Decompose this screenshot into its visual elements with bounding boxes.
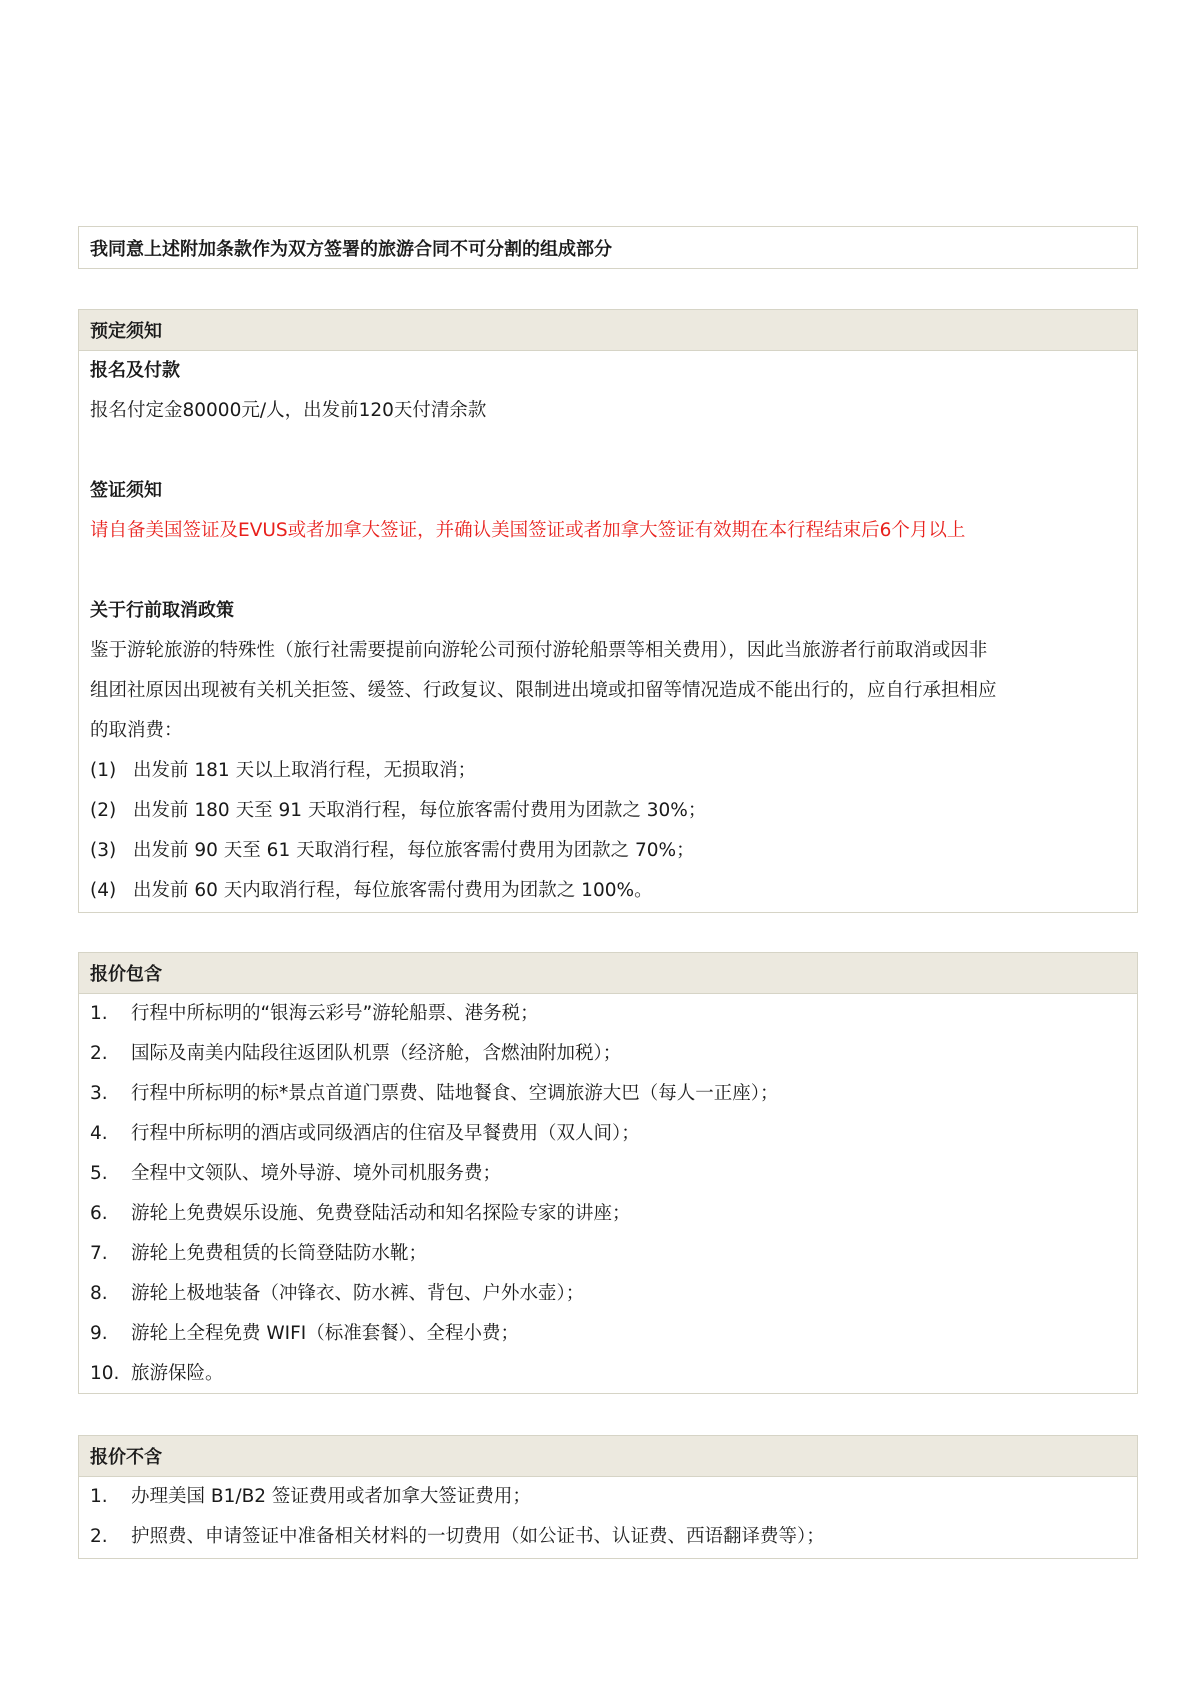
- item-number: 3.: [90, 1074, 131, 1114]
- item-text: 全程中文领队、境外导游、境外司机服务费；: [131, 1163, 501, 1184]
- registration-title: 报名及付款: [90, 351, 1126, 391]
- visa-warning-text: 请自备美国签证及EVUS或者加拿大签证，并确认美国签证或者加拿大签证有效期在本行…: [90, 511, 1126, 551]
- list-item: 6.游轮上免费娱乐设施、免费登陆活动和知名探险专家的讲座；: [90, 1194, 1126, 1234]
- list-item: 10.旅游保险。: [90, 1354, 1126, 1394]
- item-text: 行程中所标明的标*景点首道门票费、陆地餐食、空调旅游大巴（每人一正座）；: [131, 1083, 779, 1104]
- rule-number: (1): [90, 751, 133, 791]
- item-text: 游轮上极地装备（冲锋衣、防水裤、背包、户外水壶）；: [131, 1283, 584, 1304]
- spacer: [90, 431, 1126, 471]
- agreement-text: 我同意上述附加条款作为双方签署的旅游合同不可分割的组成部分: [90, 235, 612, 261]
- cancellation-paragraph-line: 鉴于游轮旅游的特殊性（旅行社需要提前向游轮公司预付游轮船票等相关费用），因此当旅…: [90, 631, 1126, 671]
- section-title: 报价不含: [90, 1443, 162, 1469]
- list-item: 1.行程中所标明的“银海云彩号”游轮船票、港务税；: [90, 994, 1126, 1034]
- list-item: 2.国际及南美内陆段往返团队机票（经济舱，含燃油附加税）；: [90, 1034, 1126, 1074]
- item-number: 1.: [90, 994, 131, 1034]
- rule-text: 出发前 60 天内取消行程，每位旅客需付费用为团款之 100%。: [133, 880, 653, 901]
- section-body: 1.行程中所标明的“银海云彩号”游轮船票、港务税； 2.国际及南美内陆段往返团队…: [79, 994, 1137, 1394]
- agreement-box: 我同意上述附加条款作为双方签署的旅游合同不可分割的组成部分: [78, 226, 1138, 269]
- list-item: 3.行程中所标明的标*景点首道门票费、陆地餐食、空调旅游大巴（每人一正座）；: [90, 1074, 1126, 1114]
- cancellation-rule: (1)出发前 181 天以上取消行程，无损取消；: [90, 751, 1126, 791]
- list-item: 2.护照费、申请签证中准备相关材料的一切费用（如公证书、认证费、西语翻译费等）；: [90, 1517, 1126, 1557]
- item-text: 旅游保险。: [131, 1363, 224, 1384]
- item-text: 行程中所标明的“银海云彩号”游轮船票、港务税；: [131, 1003, 539, 1024]
- item-number: 2.: [90, 1517, 131, 1557]
- item-number: 7.: [90, 1234, 131, 1274]
- cancellation-paragraph-line: 的取消费：: [90, 711, 1126, 751]
- list-item: 8.游轮上极地装备（冲锋衣、防水裤、背包、户外水壶）；: [90, 1274, 1126, 1314]
- section-header: 预定须知: [79, 310, 1137, 351]
- item-text: 游轮上免费租赁的长筒登陆防水靴；: [131, 1243, 427, 1264]
- spacer: [90, 551, 1126, 591]
- item-text: 国际及南美内陆段往返团队机票（经济舱，含燃油附加税）；: [131, 1043, 621, 1064]
- item-number: 10.: [90, 1354, 131, 1394]
- rule-number: (4): [90, 871, 133, 911]
- rule-text: 出发前 180 天至 91 天取消行程，每位旅客需付费用为团款之 30%；: [133, 800, 706, 821]
- section-body: 1.办理美国 B1/B2 签证费用或者加拿大签证费用； 2.护照费、申请签证中准…: [79, 1477, 1137, 1557]
- cancellation-rule: (4)出发前 60 天内取消行程，每位旅客需付费用为团款之 100%。: [90, 871, 1126, 911]
- cancellation-paragraph-line: 组团社原因出现被有关机关拒签、缓签、行政复议、限制进出境或扣留等情况造成不能出行…: [90, 671, 1126, 711]
- section-title: 预定须知: [90, 317, 162, 343]
- list-item: 9.游轮上全程免费 WIFI（标准套餐）、全程小费；: [90, 1314, 1126, 1354]
- list-item: 5.全程中文领队、境外导游、境外司机服务费；: [90, 1154, 1126, 1194]
- item-number: 4.: [90, 1114, 131, 1154]
- booking-notice-section: 预定须知 报名及付款 报名付定金80000元/人，出发前120天付清余款 签证须…: [78, 309, 1138, 913]
- rule-text: 出发前 181 天以上取消行程，无损取消；: [133, 760, 476, 781]
- cancellation-title: 关于行前取消政策: [90, 591, 1126, 631]
- item-number: 5.: [90, 1154, 131, 1194]
- section-header: 报价包含: [79, 953, 1137, 994]
- list-item: 4.行程中所标明的酒店或同级酒店的住宿及早餐费用（双人间）；: [90, 1114, 1126, 1154]
- registration-text: 报名付定金80000元/人，出发前120天付清余款: [90, 391, 1126, 431]
- item-number: 9.: [90, 1314, 131, 1354]
- list-item: 1.办理美国 B1/B2 签证费用或者加拿大签证费用；: [90, 1477, 1126, 1517]
- item-number: 6.: [90, 1194, 131, 1234]
- section-title: 报价包含: [90, 960, 162, 986]
- item-number: 1.: [90, 1477, 131, 1517]
- list-item: 7.游轮上免费租赁的长筒登陆防水靴；: [90, 1234, 1126, 1274]
- item-text: 游轮上全程免费 WIFI（标准套餐）、全程小费；: [131, 1323, 519, 1344]
- item-text: 护照费、申请签证中准备相关材料的一切费用（如公证书、认证费、西语翻译费等）；: [131, 1526, 825, 1547]
- item-number: 8.: [90, 1274, 131, 1314]
- cancellation-rule: (2)出发前 180 天至 91 天取消行程，每位旅客需付费用为团款之 30%；: [90, 791, 1126, 831]
- rule-text: 出发前 90 天至 61 天取消行程，每位旅客需付费用为团款之 70%；: [133, 840, 695, 861]
- item-text: 行程中所标明的酒店或同级酒店的住宿及早餐费用（双人间）；: [131, 1123, 640, 1144]
- item-number: 2.: [90, 1034, 131, 1074]
- visa-title: 签证须知: [90, 471, 1126, 511]
- item-text: 办理美国 B1/B2 签证费用或者加拿大签证费用；: [131, 1486, 531, 1507]
- item-text: 游轮上免费娱乐设施、免费登陆活动和知名探险专家的讲座；: [131, 1203, 631, 1224]
- price-includes-section: 报价包含 1.行程中所标明的“银海云彩号”游轮船票、港务税； 2.国际及南美内陆…: [78, 952, 1138, 1394]
- rule-number: (2): [90, 791, 133, 831]
- section-header: 报价不含: [79, 1436, 1137, 1477]
- rule-number: (3): [90, 831, 133, 871]
- section-body: 报名及付款 报名付定金80000元/人，出发前120天付清余款 签证须知 请自备…: [79, 351, 1137, 911]
- cancellation-rule: (3)出发前 90 天至 61 天取消行程，每位旅客需付费用为团款之 70%；: [90, 831, 1126, 871]
- price-excludes-section: 报价不含 1.办理美国 B1/B2 签证费用或者加拿大签证费用； 2.护照费、申…: [78, 1435, 1138, 1559]
